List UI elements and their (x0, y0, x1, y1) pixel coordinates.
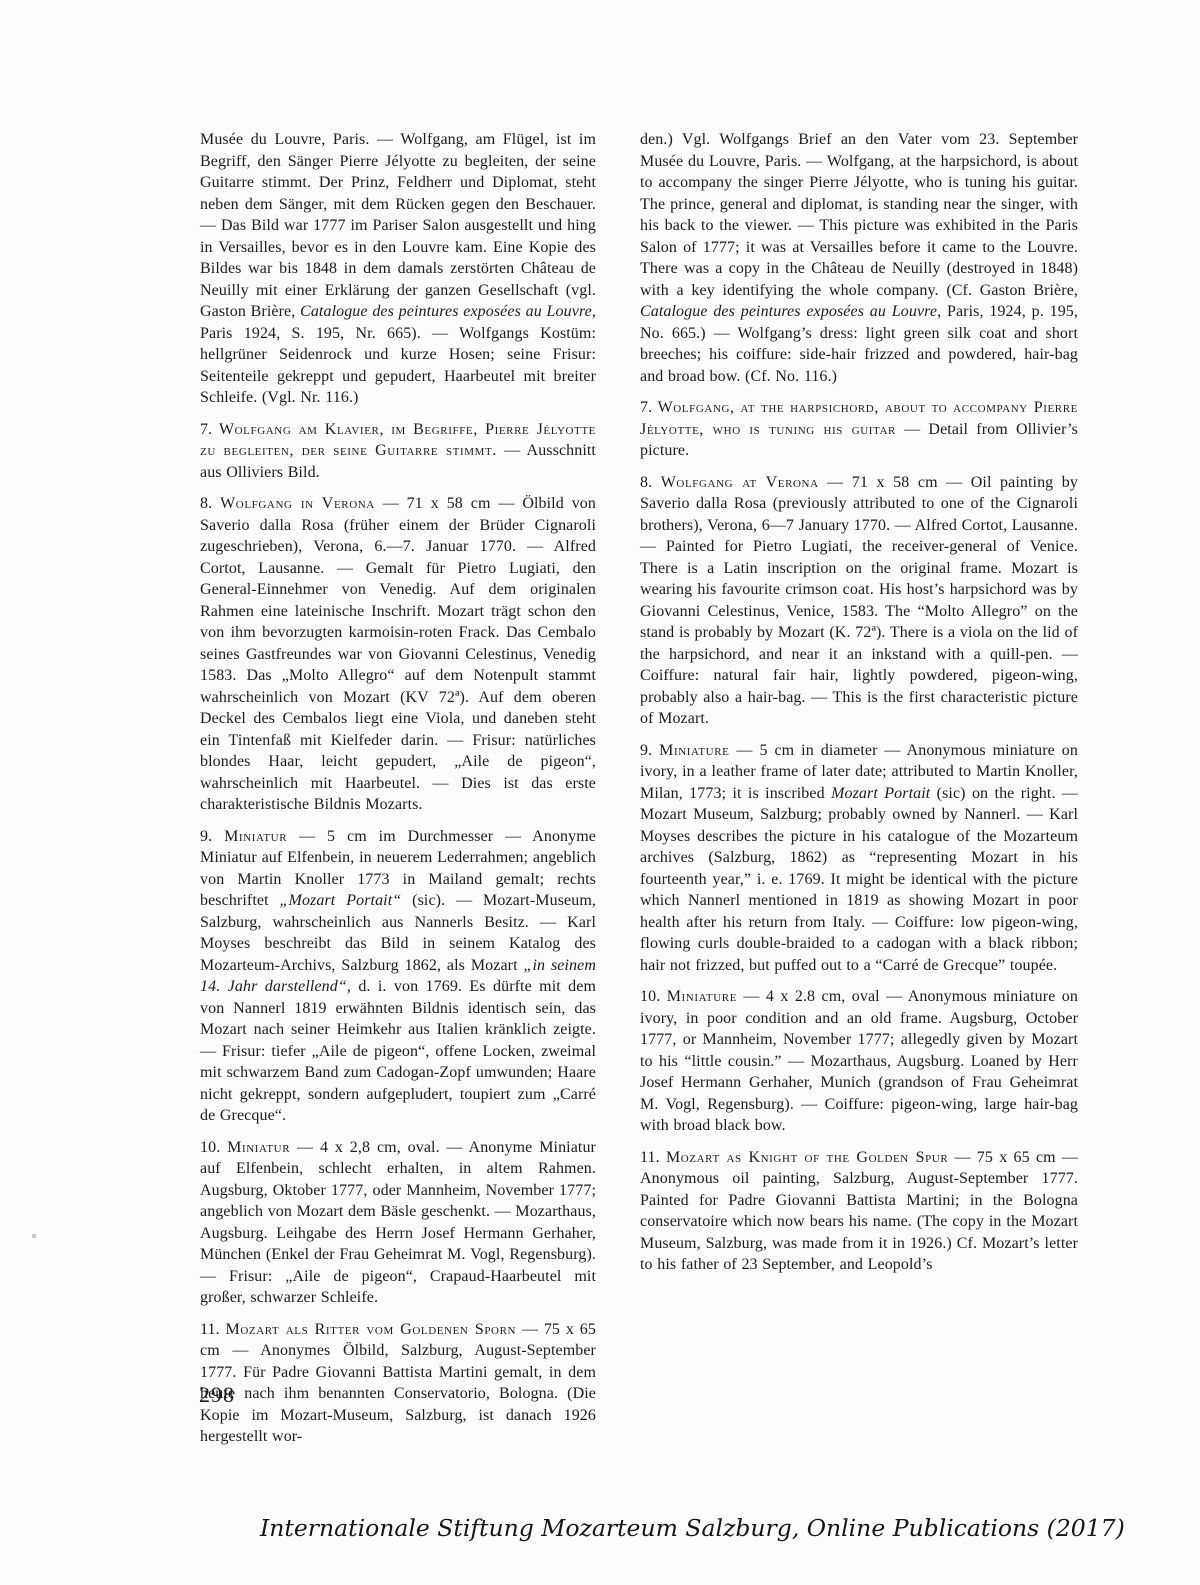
text-run: 8. (200, 495, 220, 512)
text-run: 10. (640, 988, 667, 1005)
text-run: — 4 x 2,8 cm, oval. — Anonyme Miniatur a… (200, 1139, 596, 1307)
paragraph: 8. Wolfgang at Verona — 71 x 58 cm — Oil… (640, 472, 1078, 730)
german-text-column: Musée du Louvre, Paris. — Wolfgang, am F… (200, 129, 596, 1448)
text-run: „Mozart Portait“ (280, 892, 402, 909)
paragraph: 8. Wolfgang in Verona — 71 x 58 cm — Ölb… (200, 493, 596, 816)
text-run: — 71 x 58 cm — Ölbild von Saverio dalla … (200, 495, 596, 813)
paragraph: 11. Mozart als Ritter vom Goldenen Sporn… (200, 1319, 596, 1448)
catalogue-item-heading: Miniatur (227, 1139, 290, 1156)
catalogue-item-heading: Mozart als Ritter vom Goldenen Sporn (226, 1321, 517, 1338)
catalogue-item-heading: Miniature (667, 988, 737, 1005)
scan-artifact-speck (32, 1234, 36, 1238)
paragraph: 10. Miniatur — 4 x 2,8 cm, oval. — Anony… (200, 1137, 596, 1309)
paragraph: den.) Vgl. Wolfgangs Brief an den Vater … (640, 129, 1078, 387)
catalogue-item-heading: Miniatur (224, 828, 287, 845)
page-number: 298 (199, 1382, 235, 1408)
paragraph: 9. Miniature — 5 cm in diameter — Anonym… (640, 740, 1078, 977)
text-run: 9. (640, 742, 659, 759)
text-run: 11. (200, 1321, 226, 1338)
text-run: 10. (200, 1139, 227, 1156)
text-run: — 4 x 2.8 cm, oval — Anonymous miniature… (640, 988, 1078, 1134)
catalogue-item-heading: Mozart as Knight of the Golden Spur (666, 1149, 948, 1166)
footer-credit: Internationale Stiftung Mozarteum Salzbu… (260, 1514, 1120, 1542)
catalogue-item-heading: Miniature (659, 742, 729, 759)
paragraph: 10. Miniature — 4 x 2.8 cm, oval — Anony… (640, 986, 1078, 1137)
scanned-book-page: { "document": { "page_number": "298", "f… (0, 0, 1200, 1585)
text-run: — 71 x 58 cm — Oil painting by Saverio d… (640, 474, 1078, 728)
paragraph: 9. Miniatur — 5 cm im Durchmesser — Anon… (200, 826, 596, 1127)
text-run: 11. (640, 1149, 666, 1166)
text-run: — 75 x 65 cm — Anonymous oil painting, S… (640, 1149, 1078, 1274)
text-run: 9. (200, 828, 224, 845)
text-run: — 75 x 65 cm — Anonymes Ölbild, Salzburg… (200, 1321, 596, 1446)
paragraph: 11. Mozart as Knight of the Golden Spur … (640, 1147, 1078, 1276)
paragraph: Musée du Louvre, Paris. — Wolfgang, am F… (200, 129, 596, 409)
text-run: 7. (200, 421, 219, 438)
text-run: Catalogue des peintures exposées au Louv… (640, 303, 937, 320)
catalogue-item-heading: Wolfgang in Verona (220, 495, 375, 512)
paragraph: 7. Wolfgang, at the harpsichord, about t… (640, 397, 1078, 462)
catalogue-item-heading: Wolfgang at Verona (661, 474, 819, 491)
text-run: 7. (640, 399, 658, 416)
book-page: Musée du Louvre, Paris. — Wolfgang, am F… (0, 0, 1200, 1585)
text-run: Musée du Louvre, Paris. — Wolfgang, am F… (200, 131, 596, 320)
text-run: , d. i. von 1769. Es dürfte mit dem von … (200, 978, 596, 1124)
text-run: (sic) on the right. — Mozart Museum, Sal… (640, 785, 1078, 974)
english-text-column: den.) Vgl. Wolfgangs Brief an den Vater … (640, 129, 1078, 1276)
paragraph: 7. Wolfgang am Klavier, im Begriffe, Pie… (200, 419, 596, 484)
text-run: den.) Vgl. Wolfgangs Brief an den Vater … (640, 131, 1078, 299)
text-run: Mozart Portait (831, 785, 930, 802)
text-run: Catalogue des peintures exposées au Louv… (300, 303, 592, 320)
text-run: 8. (640, 474, 661, 491)
